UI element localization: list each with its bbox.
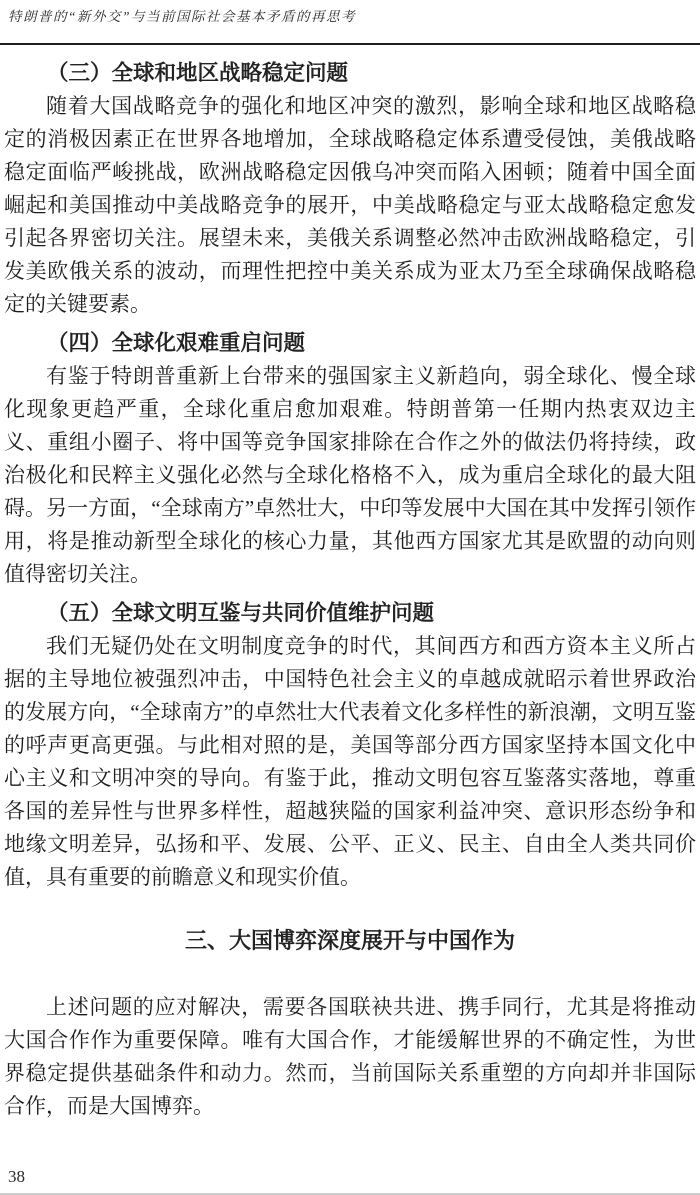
page-number: 38 [8, 1167, 25, 1187]
section-4-heading: （四）全球化艰难重启问题 [4, 327, 696, 360]
chapter-paragraph: 上述问题的应对解决，需要各国联袂共进、携手同行，尤其是将推动大国合作作为重要保障… [4, 991, 696, 1123]
section-4: （四）全球化艰难重启问题 有鉴于特朗普重新上台带来的强国家主义新趋向，弱全球化、… [4, 327, 696, 591]
section-5: （五）全球文明互鉴与共同价值维护问题 我们无疑仍处在文明制度竞争的时代，其间西方… [4, 597, 696, 894]
section-3-heading: （三）全球和地区战略稳定问题 [4, 57, 696, 90]
chapter-block: 三、大国博弈深度展开与中国作为 上述问题的应对解决，需要各国联袂共进、携手同行，… [4, 924, 696, 1123]
document-page: 特朗普的“新外交”与当前国际社会基本矛盾的再思考 （三）全球和地区战略稳定问题 … [0, 0, 700, 1195]
section-5-heading: （五）全球文明互鉴与共同价值维护问题 [4, 597, 696, 630]
section-3-paragraph: 随着大国战略竞争的强化和地区冲突的激烈，影响全球和地区战略稳定的消极因素正在世界… [4, 90, 696, 321]
running-header: 特朗普的“新外交”与当前国际社会基本矛盾的再思考 [0, 0, 700, 27]
section-5-paragraph: 我们无疑仍处在文明制度竞争的时代，其间西方和西方资本主义所占据的主导地位被强烈冲… [4, 630, 696, 894]
section-4-paragraph: 有鉴于特朗普重新上台带来的强国家主义新趋向，弱全球化、慢全球化现象更趋严重，全球… [4, 360, 696, 591]
section-3: （三）全球和地区战略稳定问题 随着大国战略竞争的强化和地区冲突的激烈，影响全球和… [4, 57, 696, 321]
chapter-heading: 三、大国博弈深度展开与中国作为 [4, 924, 696, 957]
page-content: （三）全球和地区战略稳定问题 随着大国战略竞争的强化和地区冲突的激烈，影响全球和… [0, 45, 700, 1123]
